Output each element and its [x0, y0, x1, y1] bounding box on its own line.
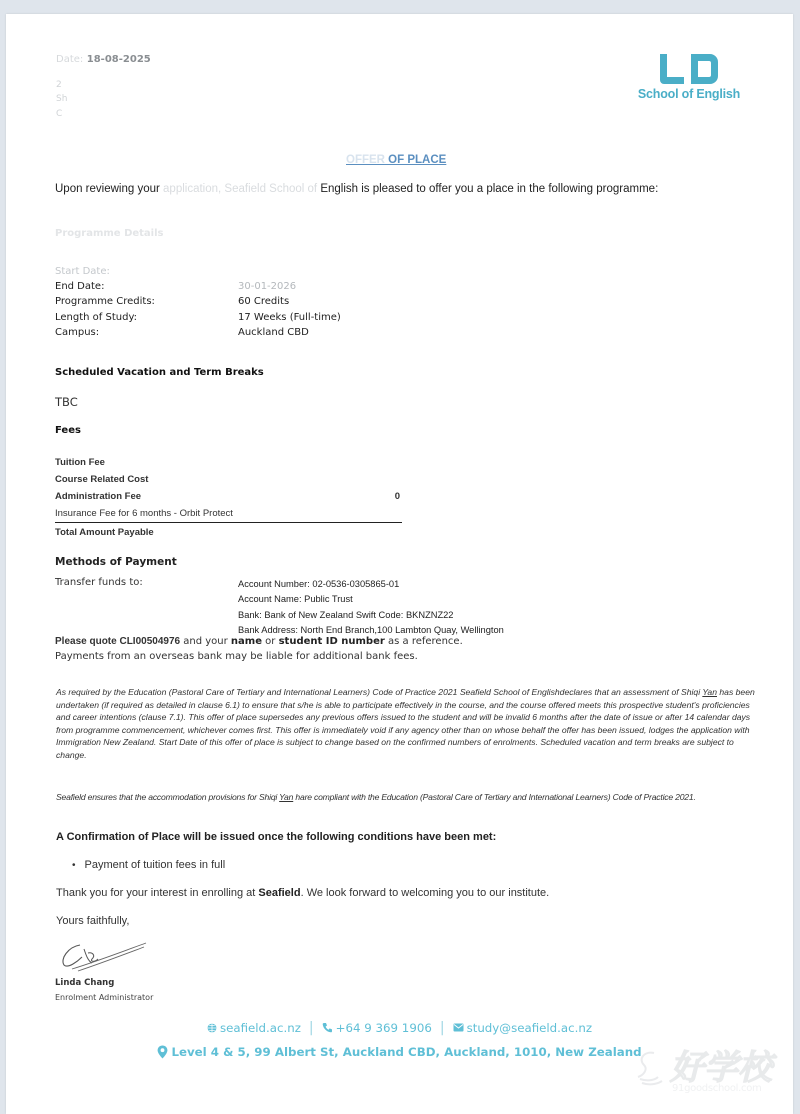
- intro-start: Upon reviewing your: [55, 183, 160, 195]
- offer-letter-page: Date: 18-08-2025 2 Sh C School of Englis…: [6, 14, 793, 1114]
- fee-label: Administration Fee: [55, 491, 141, 502]
- vacation-value: TBC: [55, 395, 78, 409]
- quote-text: as a reference.: [385, 636, 463, 647]
- vacation-heading: Scheduled Vacation and Term Breaks: [55, 367, 264, 378]
- fee-label: Insurance Fee for 6 months - Orbit Prote…: [55, 508, 233, 519]
- intro-redacted: application, Seafield School of: [160, 183, 320, 195]
- fee-row-total: Total Amount Payable: [55, 524, 402, 541]
- address-line-1: 2: [56, 80, 62, 90]
- location-pin-icon: [157, 1045, 168, 1059]
- logo-subtitle: School of English: [634, 87, 744, 101]
- detail-label: Length of Study:: [55, 310, 238, 325]
- conditions-list: Payment of tuition fees in full: [72, 859, 225, 871]
- overseas-bank-note: Payments from an overseas bank may be li…: [55, 649, 463, 664]
- date-label: Date:: [56, 54, 83, 65]
- detail-value: 17 Weeks (Full-time): [238, 310, 341, 325]
- detail-row-campus: Campus: Auckland CBD: [55, 325, 341, 340]
- total-label: Total Amount Payable: [55, 527, 154, 538]
- letter-date: Date: 18-08-2025: [56, 54, 151, 65]
- detail-row-start-date: Start Date:: [55, 264, 341, 279]
- detail-value: 30-01-2026: [238, 279, 296, 294]
- quote-reference: Please quote CLI00504976: [55, 636, 180, 647]
- mail-icon: [453, 1023, 464, 1032]
- watermark-cn: 好学校: [670, 1049, 772, 1087]
- title-visible-part: OF PLACE: [385, 154, 446, 166]
- website-text[interactable]: seafield.ac.nz: [220, 1021, 301, 1035]
- footer-contact-line: seafield.ac.nz | +64 9 369 1906 | study@…: [6, 1020, 793, 1036]
- signer-role: Enrolment Administrator: [55, 993, 153, 1002]
- student-surname: Yan: [702, 687, 717, 697]
- footer-phone[interactable]: +64 9 369 1906: [322, 1021, 432, 1035]
- programme-details-heading: Programme Details: [55, 228, 164, 239]
- intro-end: English is pleased to offer you a place …: [320, 183, 658, 195]
- quote-text: and your: [180, 636, 231, 647]
- phone-text[interactable]: +64 9 369 1906: [336, 1021, 432, 1035]
- brand-name: Seafield: [258, 887, 300, 899]
- bank-name-swift: Bank: Bank of New Zealand Swift Code: BK…: [238, 608, 504, 623]
- thank-you-line: Thank you for your interest in enrolling…: [56, 887, 549, 899]
- bank-details: Account Number: 02-0536-0305865-01 Accou…: [238, 577, 504, 638]
- fees-table: Tuition Fee Course Related Cost Administ…: [55, 454, 402, 541]
- student-surname: Yan: [279, 792, 293, 802]
- footer-email[interactable]: study@seafield.ac.nz: [453, 1021, 593, 1035]
- watermark: 好学校 91goodschool.com: [634, 1049, 772, 1094]
- transfer-label: Transfer funds to:: [55, 577, 143, 588]
- thanks-text: Thank you for your interest in enrolling…: [56, 887, 258, 899]
- signer-name: Linda Chang: [55, 978, 114, 988]
- footer-separator: |: [440, 1020, 445, 1036]
- legal-text: Seafield ensures that the accommodation …: [56, 792, 279, 802]
- payment-heading: Methods of Payment: [55, 556, 177, 568]
- detail-value: Auckland CBD: [238, 325, 309, 340]
- legal-text: hare compliant with the Education (Pasto…: [293, 792, 695, 802]
- payment-reference-note: Please quote CLI00504976 and your name o…: [55, 634, 463, 664]
- quote-student-id: student ID number: [279, 636, 385, 647]
- phone-icon: [322, 1022, 333, 1033]
- detail-label: Start Date:: [55, 264, 238, 279]
- signature-icon: [58, 939, 150, 975]
- fee-row-admin: Administration Fee 0: [55, 488, 402, 505]
- title-hidden-part: OFFER: [346, 154, 385, 166]
- page-title: OFFER OF PLACE: [346, 154, 446, 166]
- quote-name: name: [231, 636, 262, 647]
- fees-heading: Fees: [55, 425, 81, 436]
- fee-label: Course Related Cost: [55, 474, 148, 485]
- legal-paragraph-1: As required by the Education (Pastoral C…: [56, 686, 756, 761]
- footer-website[interactable]: seafield.ac.nz: [207, 1021, 301, 1035]
- intro-paragraph: Upon reviewing your application, Seafiel…: [55, 181, 755, 197]
- sign-off: Yours faithfully,: [56, 915, 129, 927]
- address-line-3: C: [56, 109, 62, 119]
- fee-amount: 0: [395, 491, 400, 502]
- fee-row-tuition: Tuition Fee: [55, 454, 402, 471]
- fee-row-course-cost: Course Related Cost: [55, 471, 402, 488]
- thanks-text: . We look forward to welcoming you to ou…: [301, 887, 550, 899]
- watermark-logo-icon: [634, 1049, 670, 1087]
- watermark-url: 91goodschool.com: [672, 1083, 772, 1094]
- globe-icon: [207, 1023, 217, 1033]
- detail-row-end-date: End Date: 30-01-2026: [55, 279, 341, 294]
- legal-text: As required by the Education (Pastoral C…: [56, 687, 702, 697]
- email-text[interactable]: study@seafield.ac.nz: [467, 1021, 593, 1035]
- footer-separator: |: [309, 1020, 314, 1036]
- school-logo: School of English: [634, 52, 744, 101]
- condition-item: Payment of tuition fees in full: [72, 859, 225, 871]
- detail-label: End Date:: [55, 279, 238, 294]
- detail-value: 60 Credits: [238, 294, 289, 309]
- programme-details-table: Start Date: End Date: 30-01-2026 Program…: [55, 264, 341, 340]
- detail-label: Programme Credits:: [55, 294, 238, 309]
- bank-account-name: Account Name: Public Trust: [238, 592, 504, 607]
- date-value: 18-08-2025: [87, 54, 151, 65]
- detail-label: Campus:: [55, 325, 238, 340]
- detail-row-credits: Programme Credits: 60 Credits: [55, 294, 341, 309]
- ld-logo-mark-icon: [658, 52, 720, 86]
- fee-label: Tuition Fee: [55, 457, 105, 468]
- address-line-2: Sh: [56, 94, 67, 104]
- fee-row-insurance: Insurance Fee for 6 months - Orbit Prote…: [55, 505, 402, 523]
- quote-text: or: [262, 636, 279, 647]
- bank-account-number: Account Number: 02-0536-0305865-01: [238, 577, 504, 592]
- legal-paragraph-2: Seafield ensures that the accommodation …: [56, 791, 756, 804]
- conditions-heading: A Confirmation of Place will be issued o…: [56, 831, 496, 843]
- address-text: Level 4 & 5, 99 Albert St, Auckland CBD,…: [171, 1045, 641, 1059]
- detail-row-length: Length of Study: 17 Weeks (Full-time): [55, 310, 341, 325]
- legal-text: has been undertaken (if required as deta…: [56, 687, 755, 760]
